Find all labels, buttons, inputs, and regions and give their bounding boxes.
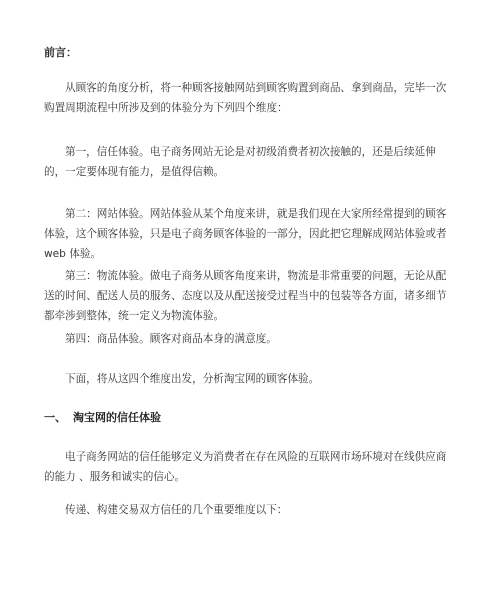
section-heading: 一、淘宝网的信任体验 [44,408,161,428]
section-title: 淘宝网的信任体验 [73,411,161,424]
paragraph-trust-dimensions: 传递、构建交易双方信任的几个重要维度以下： [44,500,456,520]
paragraph-product: 第四：商品体验。顾客对商品本身的满意度。 [44,329,456,349]
section-number: 一、 [44,408,73,428]
paragraph-transition: 下面，将从这四个维度出发，分析淘宝网的顾客体验。 [44,369,456,389]
paragraph-logistics: 第三：物流体验。做电子商务从顾客角度来讲，物流是非常重要的问题，无论从配送的时间… [44,266,456,326]
paragraph-trust-definition: 电子商务网站的信任能够定义为消费者在存在风险的互联网市场环境对在线供应商的能力 … [44,447,456,487]
preface-heading: 前言： [44,43,456,63]
paragraph-intro: 从顾客的角度分析，将一种顾客接触网站到顾客购置到商品、拿到商品，完毕一次购置周期… [44,78,456,118]
paragraph-trust: 第一，信任体验。电子商务网站无论是对初级消费者初次接触的，还是后续延伸的，一定要… [44,142,456,182]
paragraph-website: 第二：网站体验。网站体验从某个角度来讲，就是我们现在大家所经常提到的顾客体验，这… [44,204,456,264]
